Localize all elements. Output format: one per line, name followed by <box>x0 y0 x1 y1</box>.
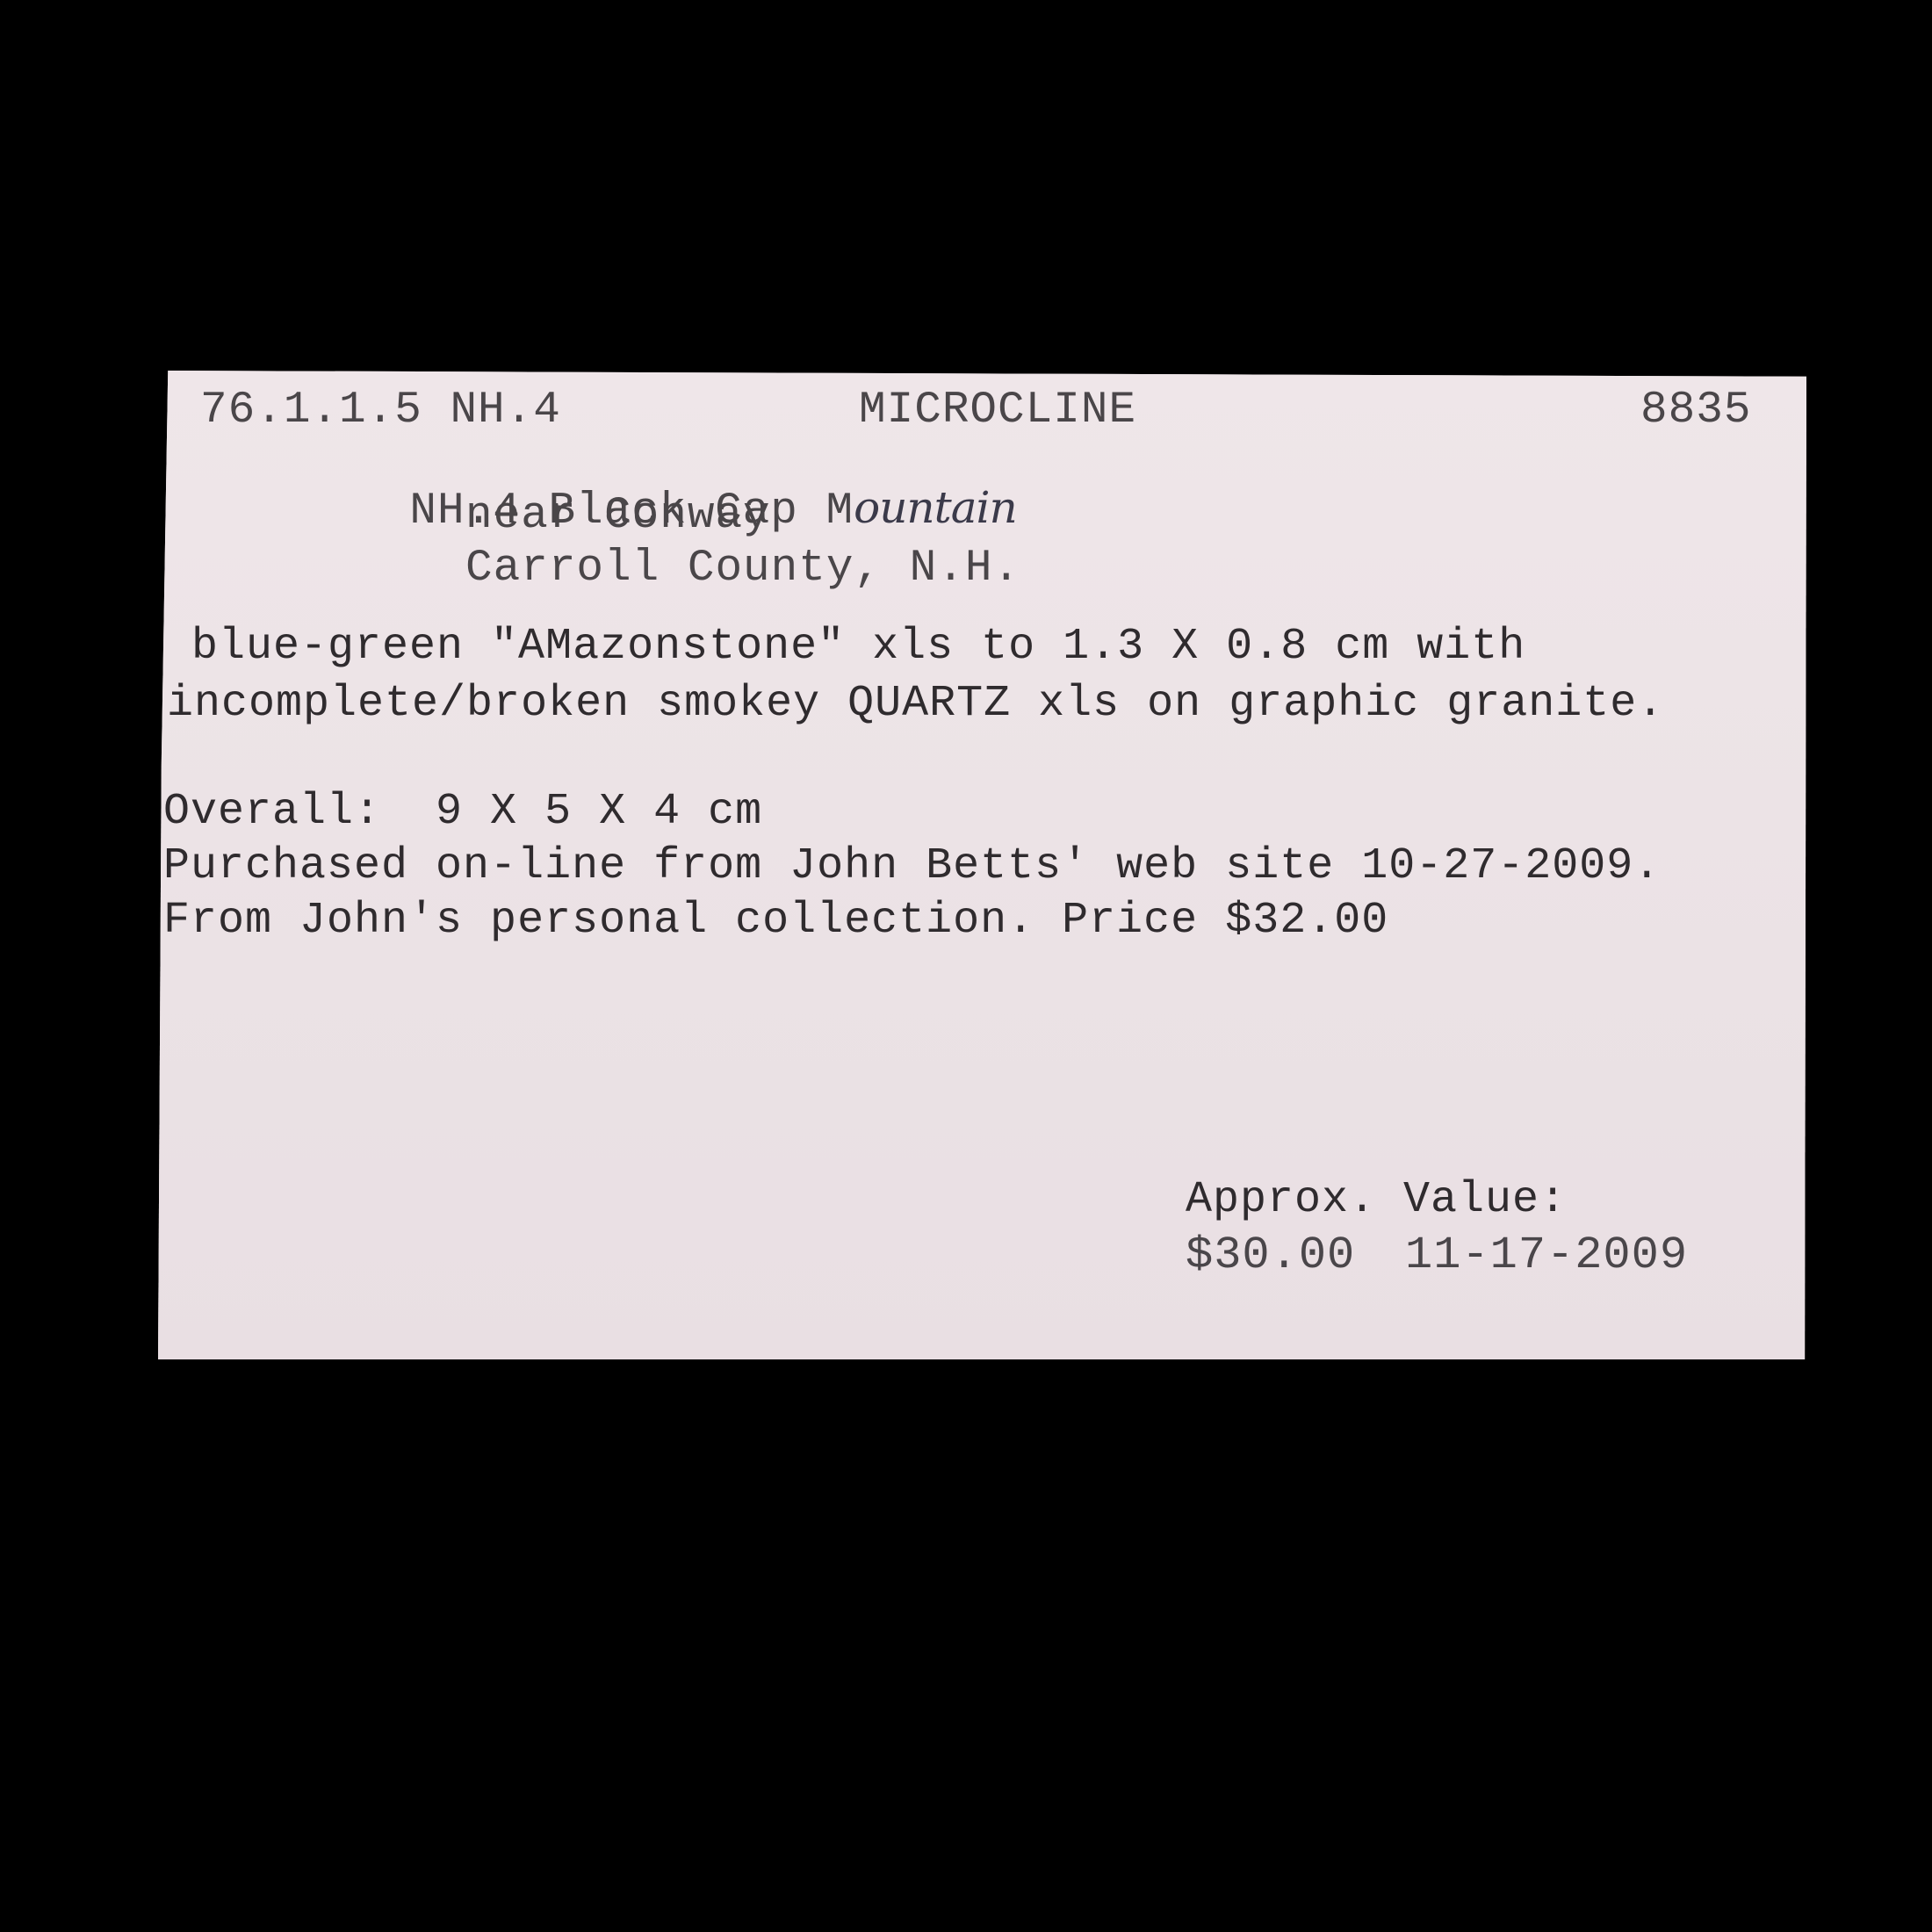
approx-value-date: 11-17-2009 <box>1405 1233 1688 1279</box>
specimen-number: 8835 <box>1640 388 1751 433</box>
locality-handwritten-correction: ountain <box>854 482 1017 533</box>
description-line-1: blue-green "AMazonstone" xls to 1.3 X 0.… <box>191 625 1525 669</box>
catalog-code: 76.1.1.5 NH.4 <box>200 388 561 433</box>
specimen-label-card: 76.1.1.5 NH.4 MICROCLINE 8835 NH.4 Black… <box>158 371 1806 1359</box>
locality-line-3: Carroll County, N.H. <box>465 546 1020 591</box>
locality-line-2: near Conway <box>465 494 771 538</box>
purchase-info: Purchased on-line from John Betts' web s… <box>163 845 1661 889</box>
mineral-name: MICROCLINE <box>859 388 1136 433</box>
approx-value-label: Approx. Value: <box>1186 1179 1567 1222</box>
provenance-price: From John's personal collection. Price $… <box>163 899 1388 943</box>
description-line-2: incomplete/broken smokey QUARTZ xls on g… <box>167 682 1664 726</box>
approx-value-amount: $30.00 <box>1186 1233 1355 1279</box>
overall-size: Overall: 9 X 5 X 4 cm <box>163 790 762 834</box>
